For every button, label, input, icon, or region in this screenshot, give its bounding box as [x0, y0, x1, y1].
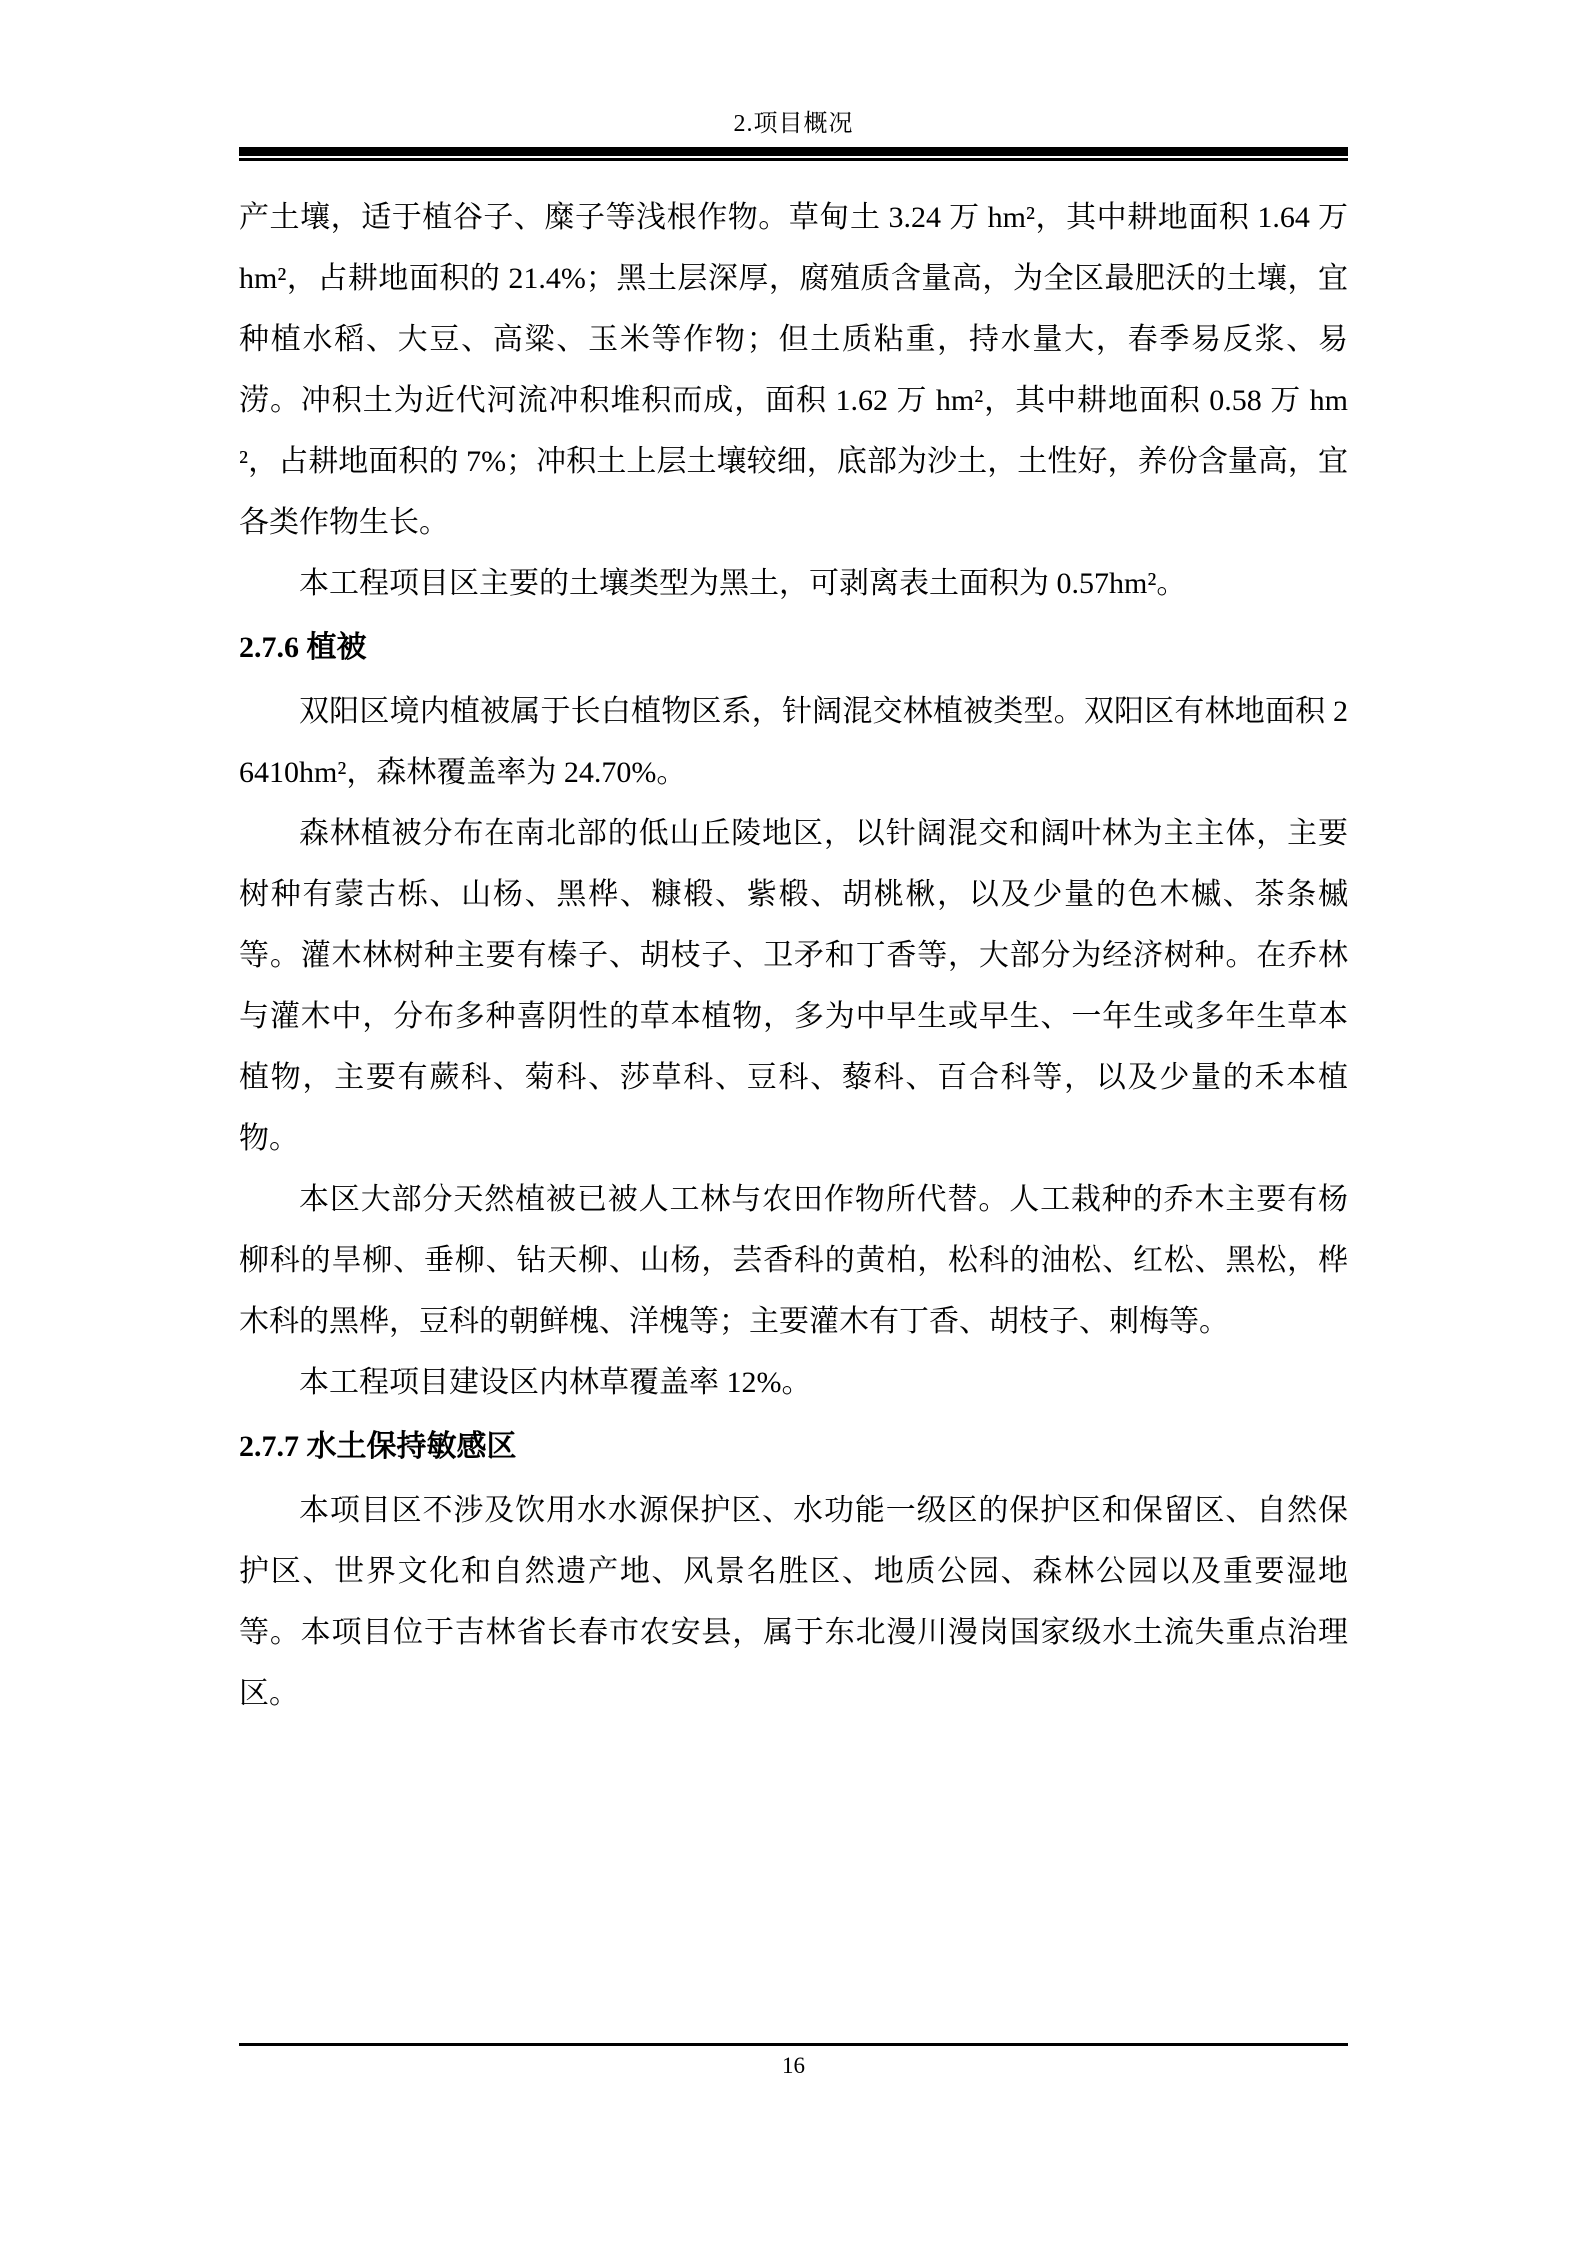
document-page: 2.项目概况 产土壤，适于植谷子、糜子等浅根作物。草甸土 3.24 万 hm²，… [0, 0, 1587, 2245]
paragraph-soil-type: 本工程项目区主要的土壤类型为黑土，可剥离表土面积为 0.57hm²。 [239, 553, 1348, 614]
page-footer: 16 [239, 2043, 1348, 2079]
paragraph-sensitive-areas: 本项目区不涉及饮用水水源保护区、水功能一级区的保护区和保留区、自然保护区、世界文… [239, 1480, 1348, 1724]
footer-page-number: 16 [239, 2053, 1348, 2079]
section-heading-2-7-6-vegetation: 2.7.6 植被 [239, 617, 1348, 678]
header-rule-thick [239, 147, 1348, 156]
header-rule-thin [239, 158, 1348, 161]
document-body: 产土壤，适于植谷子、糜子等浅根作物。草甸土 3.24 万 hm²，其中耕地面积 … [239, 187, 1348, 1724]
paragraph-coverage-rate: 本工程项目建设区内林草覆盖率 12%。 [239, 1352, 1348, 1413]
footer-rule [239, 2043, 1348, 2046]
paragraph-artificial-vegetation: 本区大部分天然植被已被人工林与农田作物所代替。人工栽种的乔木主要有杨柳科的旱柳、… [239, 1169, 1348, 1352]
paragraph-forest-distribution: 森林植被分布在南北部的低山丘陵地区，以针阔混交和阔叶林为主主体，主要树种有蒙古栎… [239, 803, 1348, 1169]
page-content: 2.项目概况 产土壤，适于植谷子、糜子等浅根作物。草甸土 3.24 万 hm²，… [239, 0, 1348, 1724]
section-heading-2-7-7-sensitive-areas: 2.7.7 水土保持敏感区 [239, 1416, 1348, 1477]
page-header: 2.项目概况 [239, 0, 1348, 161]
paragraph-soil-continuation: 产土壤，适于植谷子、糜子等浅根作物。草甸土 3.24 万 hm²，其中耕地面积 … [239, 187, 1348, 553]
page-header-title: 2.项目概况 [239, 110, 1348, 139]
paragraph-vegetation-overview: 双阳区境内植被属于长白植物区系，针阔混交林植被类型。双阳区有林地面积 26410… [239, 681, 1348, 803]
